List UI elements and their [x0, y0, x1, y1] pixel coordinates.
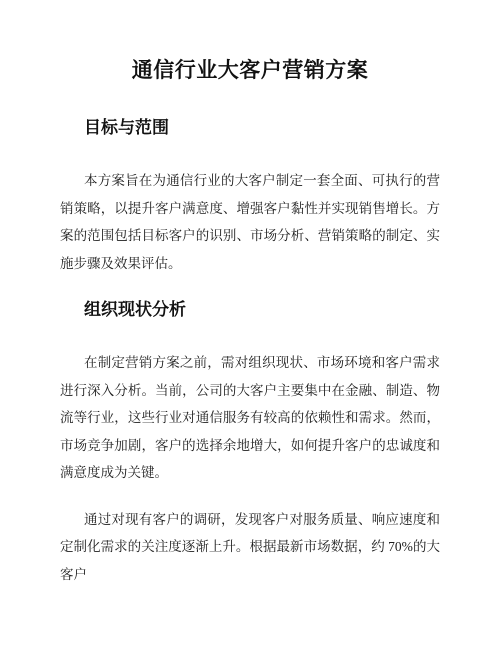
document-page: 通信行业大客户营销方案 目标与范围 本方案旨在为通信行业的大客户制定一套全面、可… [0, 0, 500, 647]
section-heading-goals-scope: 目标与范围 [60, 115, 440, 141]
paragraph-org-analysis-1: 在制定营销方案之前，需对组织现状、市场环境和客户需求进行深入分析。当前，公司的大… [60, 349, 440, 487]
paragraph-org-analysis-2: 通过对现有客户的调研，发现客户对服务质量、响应速度和定制化需求的关注度逐渐上升。… [60, 506, 440, 589]
document-title: 通信行业大客户营销方案 [60, 57, 440, 85]
section-heading-org-analysis: 组织现状分析 [60, 297, 440, 323]
paragraph-goals-scope: 本方案旨在为通信行业的大客户制定一套全面、可执行的营销策略，以提升客户满意度、增… [60, 167, 440, 277]
